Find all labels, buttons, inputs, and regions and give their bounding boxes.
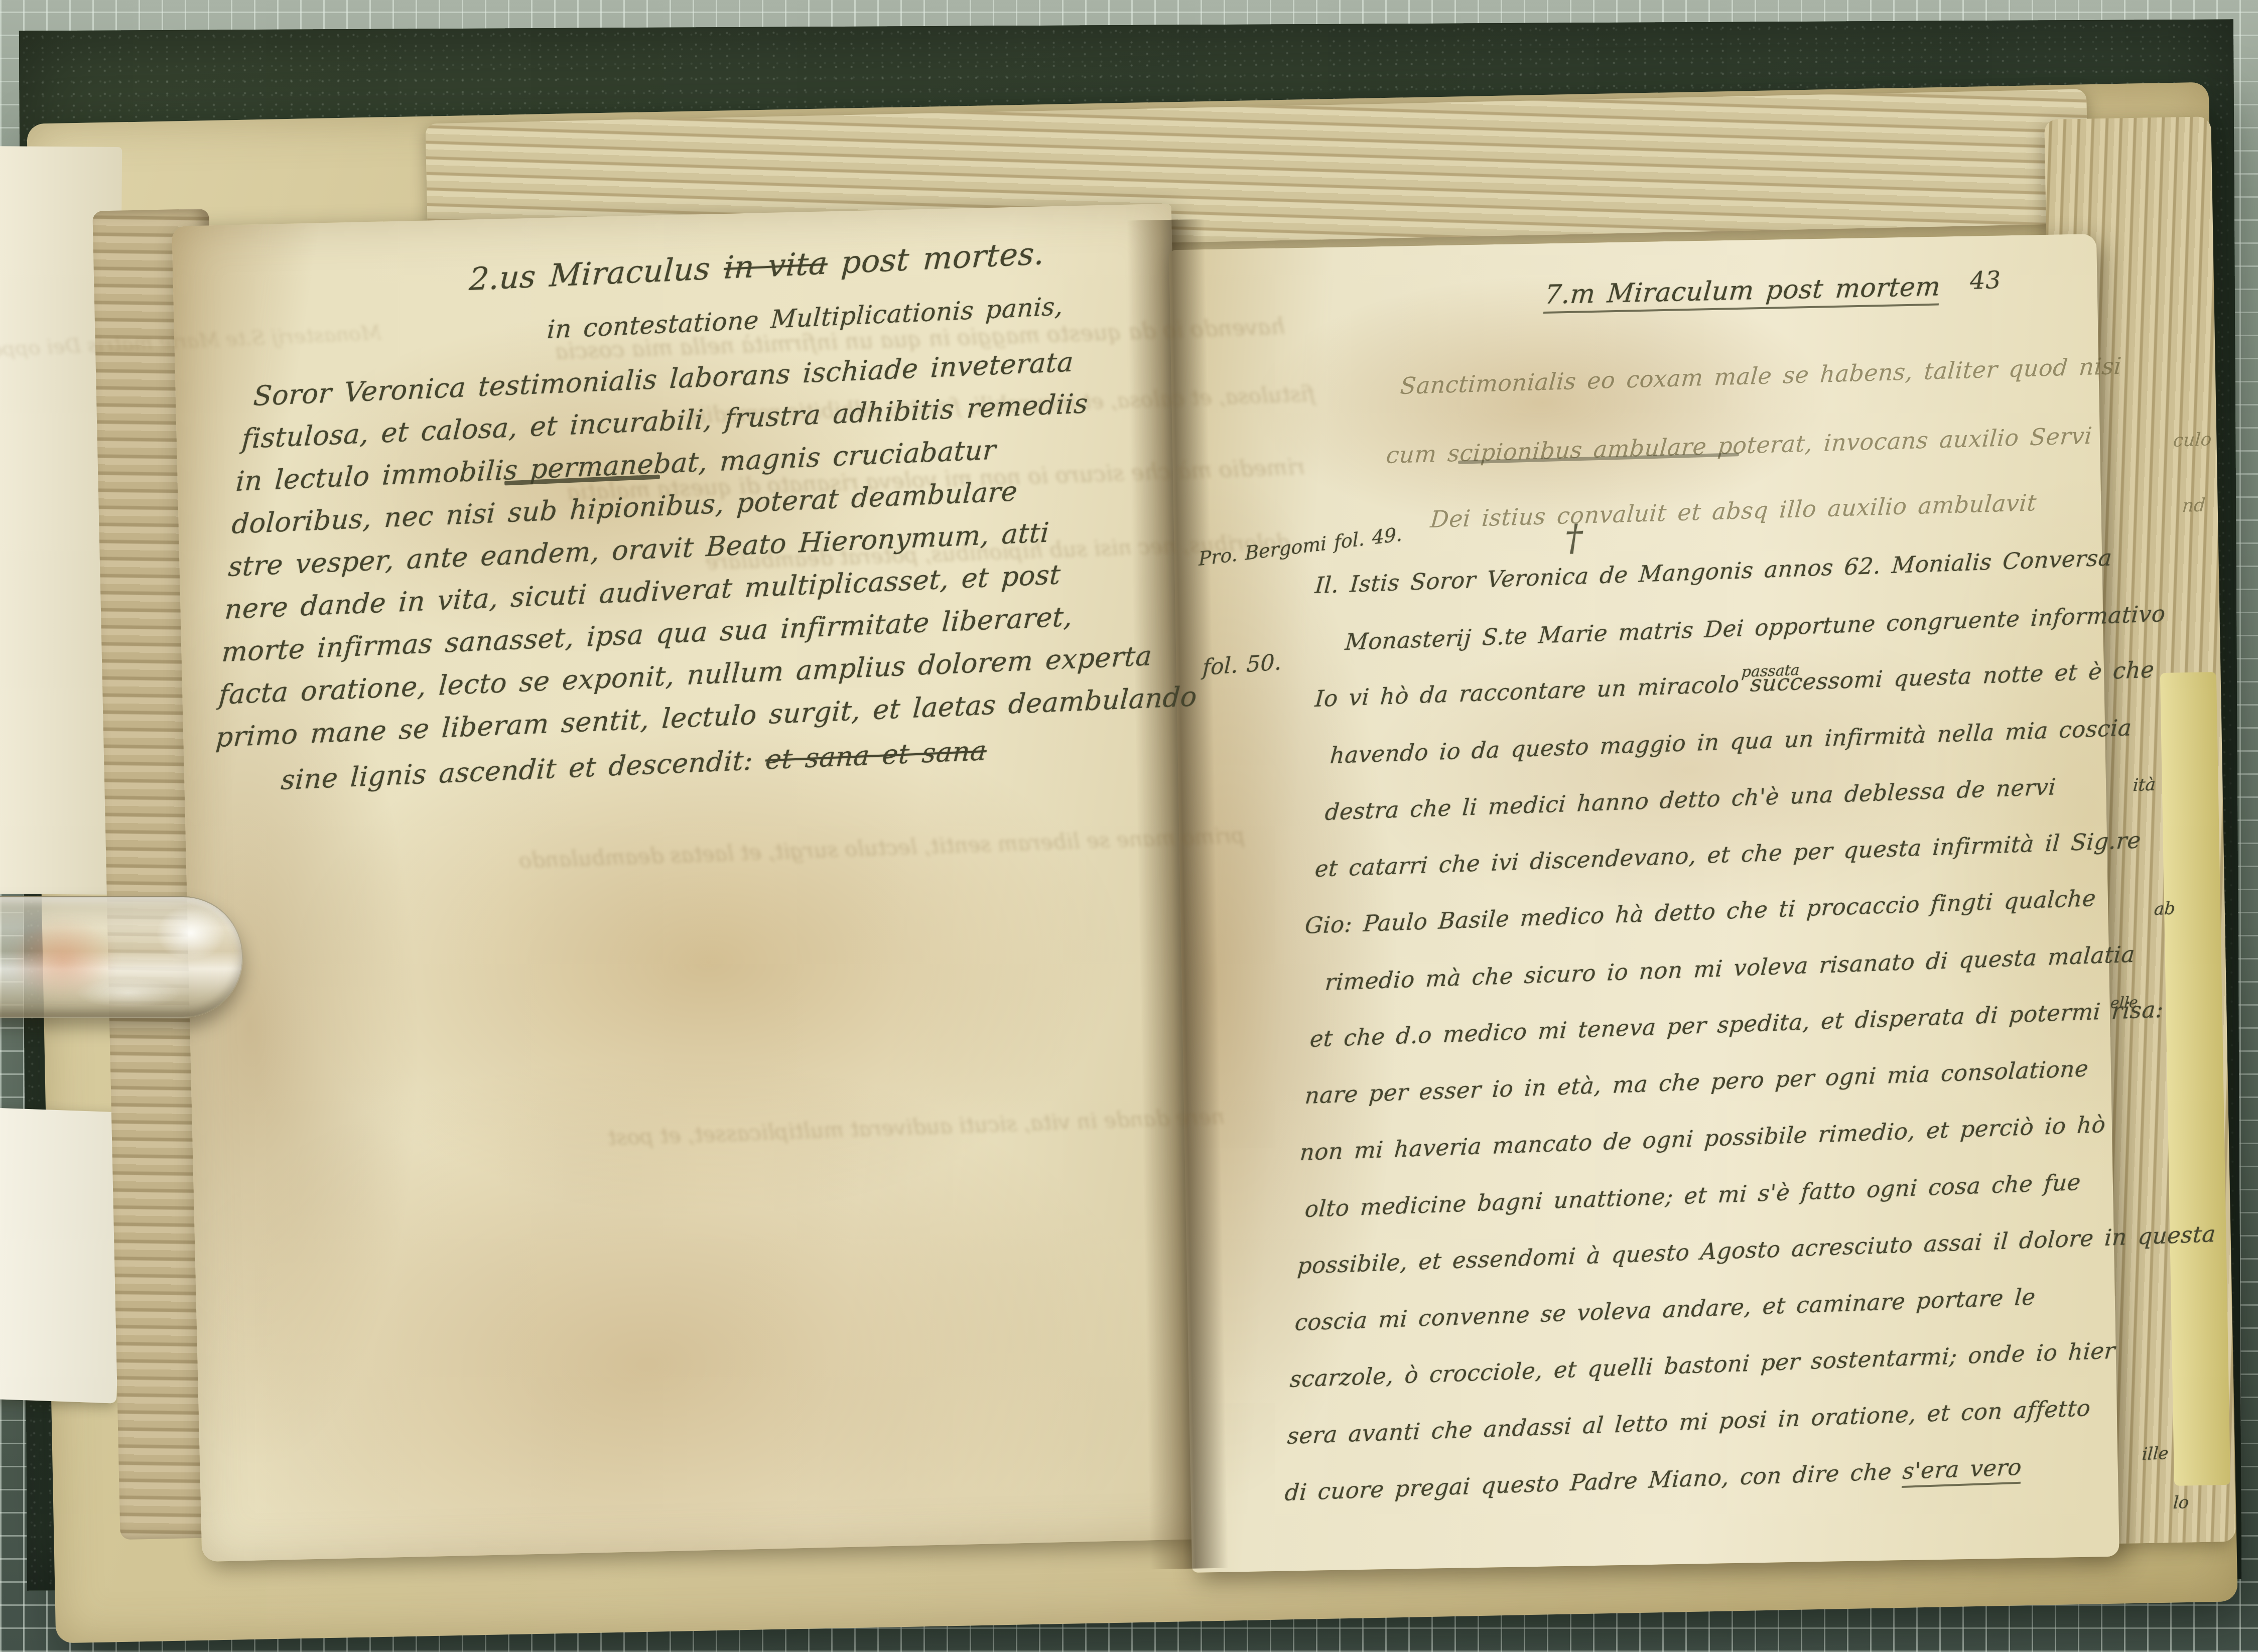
cross-mark: † (1564, 516, 1584, 559)
margin-note-right: ità (2133, 774, 2157, 795)
interlinear-insertion: passata (1741, 661, 1800, 681)
margin-note-right: lo (2173, 1492, 2190, 1513)
vial-copper-reflection (9, 917, 117, 1000)
manuscript-photo-scene: havendo io da questo maggio in qua un in… (0, 0, 2258, 1652)
page-number: 43 (1969, 266, 2002, 295)
margin-note-right: ab (2154, 898, 2176, 919)
margin-note-right: ille (2142, 1443, 2170, 1464)
margin-note-right: nd (2182, 495, 2206, 516)
loose-paper-slip-bottom (0, 1108, 126, 1403)
margin-note-right: elle (2110, 994, 2139, 1012)
margin-note-right: culo (2173, 429, 2212, 451)
heading-struck-words: in vita (723, 244, 829, 286)
underlined-words: s'era vero (1902, 1454, 2023, 1488)
